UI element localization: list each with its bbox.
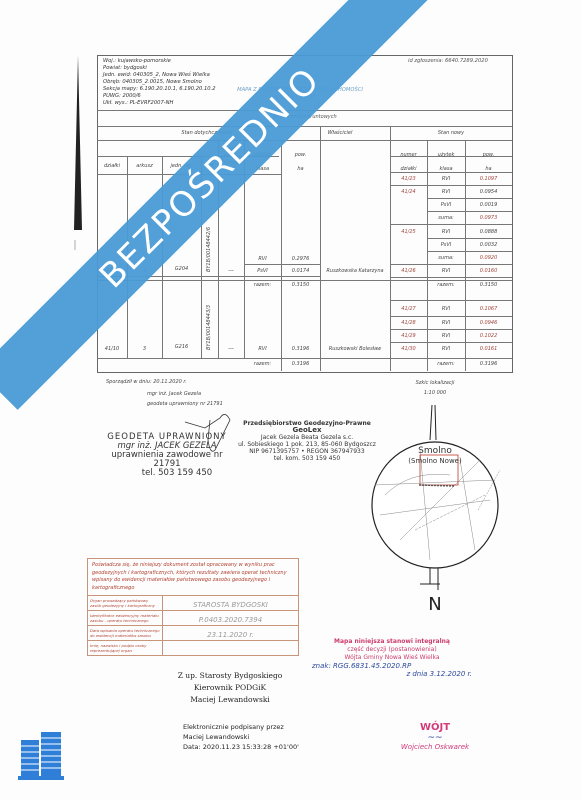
podgik-signature: Z up. Starosty Bydgoskiego Kierownik POD… xyxy=(160,670,300,706)
north-label: N xyxy=(428,594,441,615)
meta-sekcja: Sekcja mapy: 6.190.20.10.1, 6.190.20.10.… xyxy=(103,86,216,93)
data-wpisania-value: 23.11.2020 r. xyxy=(163,626,298,640)
row1-jedn-rej: G204 xyxy=(162,266,201,272)
header-meta: Woj.: kujawsko-pomorskie Powiat: bydgosk… xyxy=(103,58,216,107)
szkic-lokalizacji: Szkic lokalizacji xyxy=(410,380,460,386)
col-arkusz: arkusz xyxy=(127,163,162,169)
col-new-uzytek: użytekklasa xyxy=(427,148,465,176)
meta-woj: Woj.: kujawsko-pomorskie xyxy=(103,58,216,65)
row2-arkusz: 3 xyxy=(127,346,162,352)
row2-dzialka: 41/10 xyxy=(97,346,127,352)
meta-puwg: PUWG: 2000/6 xyxy=(103,93,216,100)
certification-stamp: Poświadcza się, że niniejszy dokument zo… xyxy=(87,558,299,656)
id-zgloszenia: id zgłoszenia: 6640.7289.2020 xyxy=(408,58,488,64)
row2-obszar: --- xyxy=(218,346,244,352)
identyfikator-value: P.0403.2020.7394 xyxy=(163,611,298,625)
autor: mgr inż. Jacek Gezela xyxy=(147,391,201,397)
row1-kw: BY1B/00148442/6 xyxy=(206,227,212,272)
meta-ukl: Ukł. wys.: PL-EVRF2007-NH xyxy=(103,100,216,107)
row2-wlasciciel: Ruszkowski Bolesław xyxy=(320,346,390,352)
row1-obszar: --- xyxy=(218,268,244,274)
col-dzialki: działki xyxy=(97,163,127,169)
svg-text:Smolno: Smolno xyxy=(418,446,452,456)
decision-stamp: Mapa niniejsza stanowi integralną część … xyxy=(312,638,472,678)
meta-jedn: Jedn. ewid: 040305_2, Nowa Wieś Wielka xyxy=(103,72,216,79)
szkic-skala: 1:10 000 xyxy=(410,390,460,396)
decision-dnia: z dnia 3.12.2020 r. xyxy=(312,670,472,678)
north-arrow-icon xyxy=(70,50,90,250)
row2-kw: BY1B/00148443/3 xyxy=(206,305,212,350)
meta-powiat: Powiat: bydgoski xyxy=(103,65,216,72)
row2-jedn-rej: G216 xyxy=(162,344,201,350)
location-map: Smolno (Smolno Nowe) N xyxy=(360,400,510,620)
wojt-stamp: WÓJT ~~ Wojciech Oskwarek xyxy=(390,722,480,751)
row1-wlasciciel: Ruszkowska Katarzyna xyxy=(320,268,390,274)
col-wlasciciel: Właściciel xyxy=(320,130,360,136)
svg-text:(Smolno Nowe): (Smolno Nowe) xyxy=(408,457,462,465)
col-pow: pow.ha xyxy=(281,148,320,176)
col-new-pow: pow.ha xyxy=(465,148,512,176)
signature-icon xyxy=(180,410,240,455)
certification-intro: Poświadcza się, że niniejszy dokument zo… xyxy=(88,559,298,595)
sporzadzil: Sporządził w dniu: 20.11.2020 r. xyxy=(106,379,187,385)
decision-znak: znak: RGG.6831.45.2020.RP xyxy=(312,662,472,670)
electronic-signature: Elektronicznie podpisany przez Maciej Le… xyxy=(183,722,299,752)
col-stan-nowy: Stan nowy xyxy=(390,130,512,136)
meta-obreb: Obręb: 040305_2.0015, Nowe Smolno xyxy=(103,79,216,86)
organ-value: STAROSTA BYDGOSKI xyxy=(163,596,298,610)
col-new-numer: numerdziałki xyxy=(390,148,427,176)
building-logo-icon xyxy=(18,730,66,782)
uprawnienia: geodeta uprawniony nr 21791 xyxy=(147,401,223,407)
